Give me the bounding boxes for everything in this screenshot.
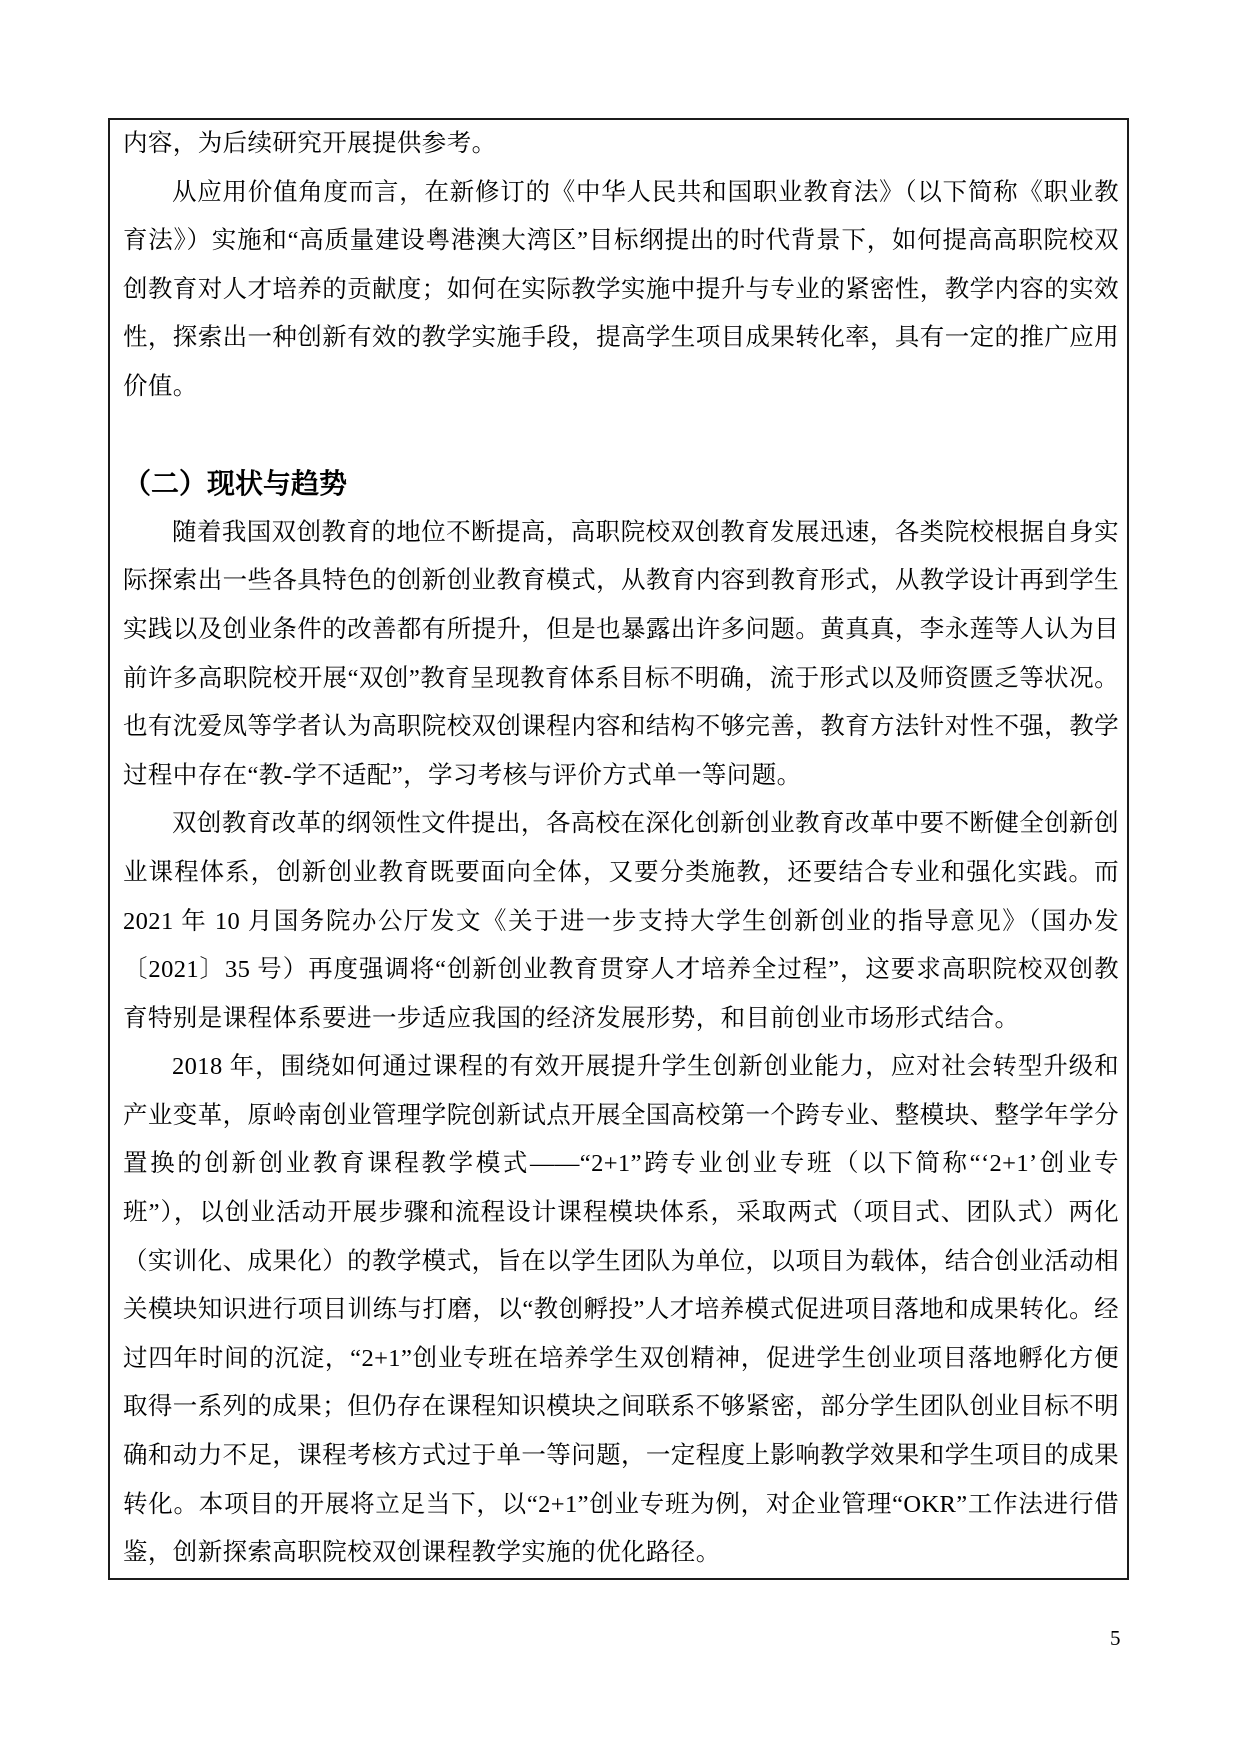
section-heading: （二）现状与趋势 (123, 412, 1119, 509)
bordered-text-area: 内容，为后续研究开展提供参考。 从应用价值角度而言，在新修订的《中华人民共和国职… (108, 118, 1129, 1580)
paragraph-policy-documents: 双创教育改革的纲领性文件提出，各高校在深化创新创业教育改革中要不断健全创新创业课… (123, 800, 1119, 1043)
page-number: 5 (1110, 1626, 1121, 1650)
paragraph-continuation: 内容，为后续研究开展提供参考。 (123, 120, 1119, 169)
document-page: 内容，为后续研究开展提供参考。 从应用价值角度而言，在新修订的《中华人民共和国职… (0, 0, 1240, 1753)
paragraph-application-value: 从应用价值角度而言，在新修订的《中华人民共和国职业教育法》（以下简称《职业教育法… (123, 169, 1119, 412)
paragraph-2018-pilot: 2018 年，围绕如何通过课程的有效开展提升学生创新创业能力，应对社会转型升级和… (123, 1043, 1119, 1578)
paragraph-status-overview: 随着我国双创教育的地位不断提高，高职院校双创教育发展迅速，各类院校根据自身实际探… (123, 509, 1119, 801)
